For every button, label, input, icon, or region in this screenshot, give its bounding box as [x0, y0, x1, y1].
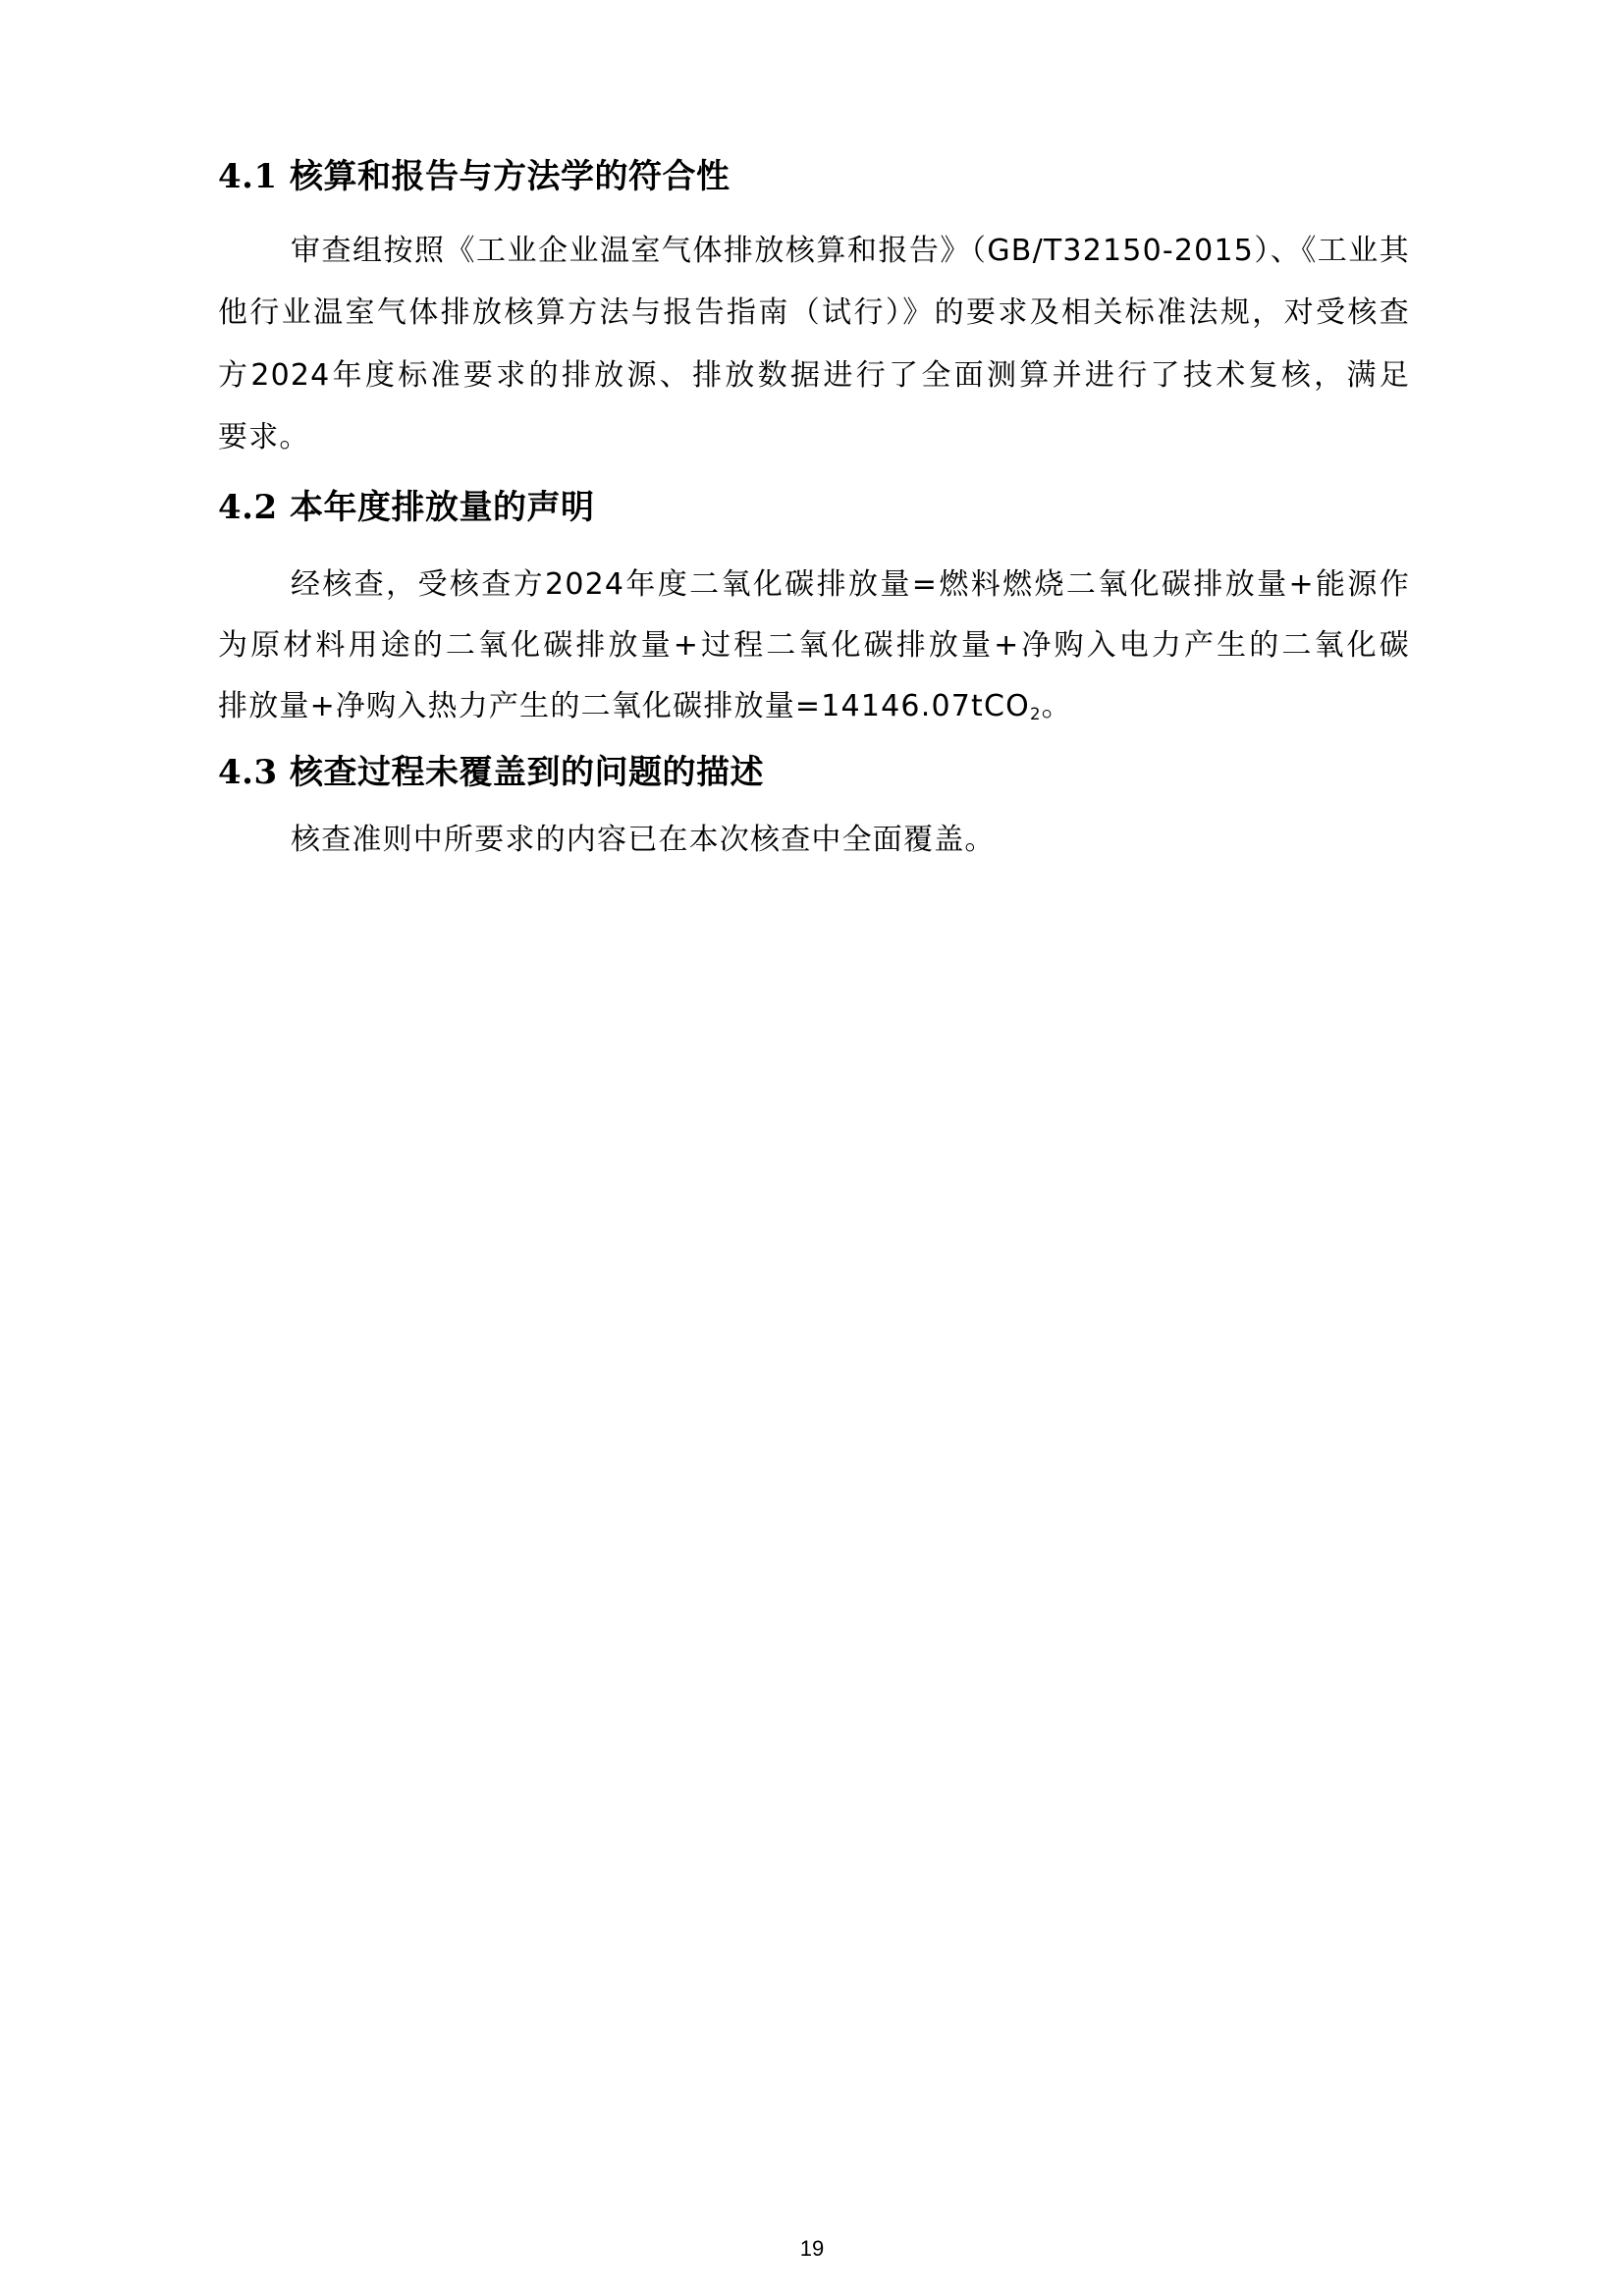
paragraph-line: 审查组按照《工业企业温室气体排放核算和报告》（GB/T32150-2015）、《…	[291, 234, 1410, 269]
paragraph-line: 经核查，受核查方2024年度二氧化碳排放量=燃料燃烧二氧化碳排放量+能源作	[291, 567, 1410, 603]
line-end-punctuation: 。	[1042, 689, 1072, 723]
paragraph-line: 要求。	[218, 420, 1410, 455]
document-page: 4.1 核算和报告与方法学的符合性 审查组按照《工业企业温室气体排放核算和报告》…	[0, 0, 1624, 2296]
emission-statement-line: 排放量+净购入热力产生的二氧化碳排放量=14146.07tCO2。	[218, 689, 1410, 724]
paragraph-line: 核查准则中所要求的内容已在本次核查中全面覆盖。	[291, 823, 1410, 858]
section-heading-4-2: 4.2 本年度排放量的声明	[218, 488, 595, 527]
emission-statement-text: 排放量+净购入热力产生的二氧化碳排放量=14146.07tCO	[218, 689, 1030, 723]
paragraph-line: 他行业温室气体排放核算方法与报告指南（试行）》的要求及相关标准法规，对受核查	[218, 295, 1410, 331]
page-number: 19	[0, 2236, 1624, 2262]
section-heading-4-3: 4.3 核查过程未覆盖到的问题的描述	[218, 753, 764, 792]
section-heading-4-1: 4.1 核算和报告与方法学的符合性	[218, 157, 731, 196]
paragraph-line: 方2024年度标准要求的排放源、排放数据进行了全面测算并进行了技术复核，满足	[218, 358, 1410, 394]
paragraph-line: 为原材料用途的二氧化碳排放量+过程二氧化碳排放量+净购入电力产生的二氧化碳	[218, 628, 1410, 664]
co2-subscript: 2	[1030, 705, 1042, 723]
